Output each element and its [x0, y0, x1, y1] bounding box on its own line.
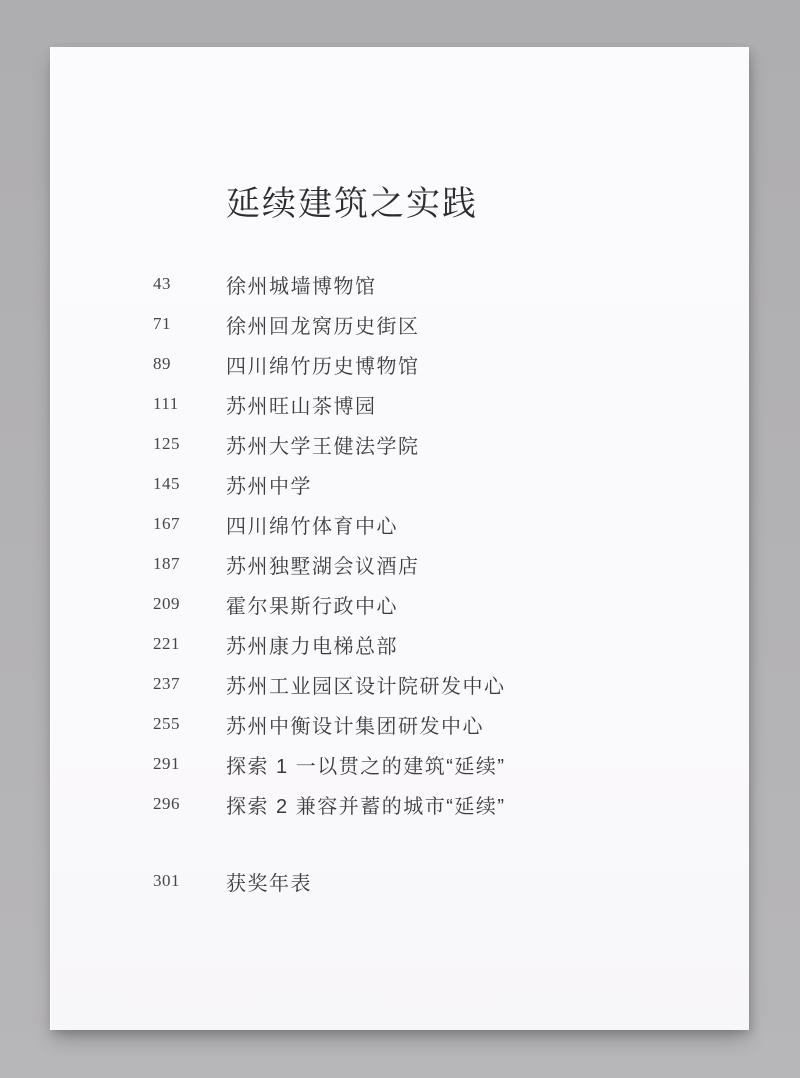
toc-row: 145 苏州中学	[51, 464, 749, 504]
toc-entry-title: 探索 1 一以贯之的建筑“延续”	[226, 750, 506, 779]
toc-page-number: 237	[153, 674, 226, 694]
toc-row: 209 霍尔果斯行政中心	[51, 584, 749, 624]
toc-entry-title: 苏州康力电梯总部	[226, 630, 398, 659]
book-page: 延续建筑之实践 43 徐州城墙博物馆 71 徐州回龙窝历史街区 89 四川绵竹历…	[50, 47, 749, 1030]
toc-page-number: 43	[153, 274, 226, 294]
toc-page-number: 71	[153, 314, 226, 334]
toc-entry-title: 徐州城墙博物馆	[226, 270, 377, 299]
toc-row: 291 探索 1 一以贯之的建筑“延续”	[51, 744, 749, 784]
toc-page-number: 255	[153, 714, 226, 734]
toc-row: 237 苏州工业园区设计院研发中心	[51, 664, 749, 704]
toc-page-number: 89	[153, 354, 226, 374]
toc-entry-title: 苏州独墅湖会议酒店	[226, 550, 420, 579]
toc-row: 125 苏州大学王健法学院	[51, 424, 749, 464]
toc-page-number: 167	[153, 514, 226, 534]
toc-entry-title: 获奖年表	[226, 867, 312, 896]
toc-entry-title: 四川绵竹历史博物馆	[226, 350, 420, 379]
toc-page-number: 187	[153, 554, 226, 574]
toc-row: 296 探索 2 兼容并蓄的城市“延续”	[51, 784, 749, 824]
photo-background: { "toc": { "title": "延续建筑之实践", "entries"…	[0, 0, 800, 1078]
toc-entry-title: 苏州旺山茶博园	[226, 390, 377, 419]
toc-row: 71 徐州回龙窝历史街区	[51, 304, 749, 344]
toc-entry-title: 苏州中学	[226, 470, 312, 499]
toc-page-number: 291	[153, 754, 226, 774]
toc-entry-title: 徐州回龙窝历史街区	[226, 310, 420, 339]
toc-entry-title: 苏州工业园区设计院研发中心	[226, 670, 506, 699]
toc-page-number: 125	[153, 434, 226, 454]
toc-row: 89 四川绵竹历史博物馆	[51, 344, 749, 384]
toc-page-number: 145	[153, 474, 226, 494]
toc-row: 43 徐州城墙博物馆	[51, 264, 749, 304]
toc-entry-title: 苏州大学王健法学院	[226, 430, 420, 459]
toc-row: 111 苏州旺山茶博园	[51, 384, 749, 424]
toc-title: 延续建筑之实践	[226, 183, 478, 227]
toc-row: 187 苏州独墅湖会议酒店	[51, 544, 749, 584]
toc-row: 221 苏州康力电梯总部	[51, 624, 749, 664]
toc-entry-title: 苏州中衡设计集团研发中心	[226, 710, 484, 739]
toc-list: 43 徐州城墙博物馆 71 徐州回龙窝历史街区 89 四川绵竹历史博物馆 111…	[51, 264, 749, 901]
toc-page-number: 209	[153, 594, 226, 614]
toc-page-number: 296	[153, 794, 226, 814]
toc-entry-title: 四川绵竹体育中心	[226, 510, 398, 539]
toc-page-number: 111	[153, 394, 226, 414]
toc-page-number: 221	[153, 634, 226, 654]
toc-entry-title: 霍尔果斯行政中心	[226, 590, 398, 619]
toc-page-number: 301	[153, 871, 226, 891]
toc-row-appendix: 301 获奖年表	[51, 861, 749, 901]
toc-row: 255 苏州中衡设计集团研发中心	[51, 704, 749, 744]
toc-row: 167 四川绵竹体育中心	[51, 504, 749, 544]
toc-entry-title: 探索 2 兼容并蓄的城市“延续”	[226, 790, 506, 819]
